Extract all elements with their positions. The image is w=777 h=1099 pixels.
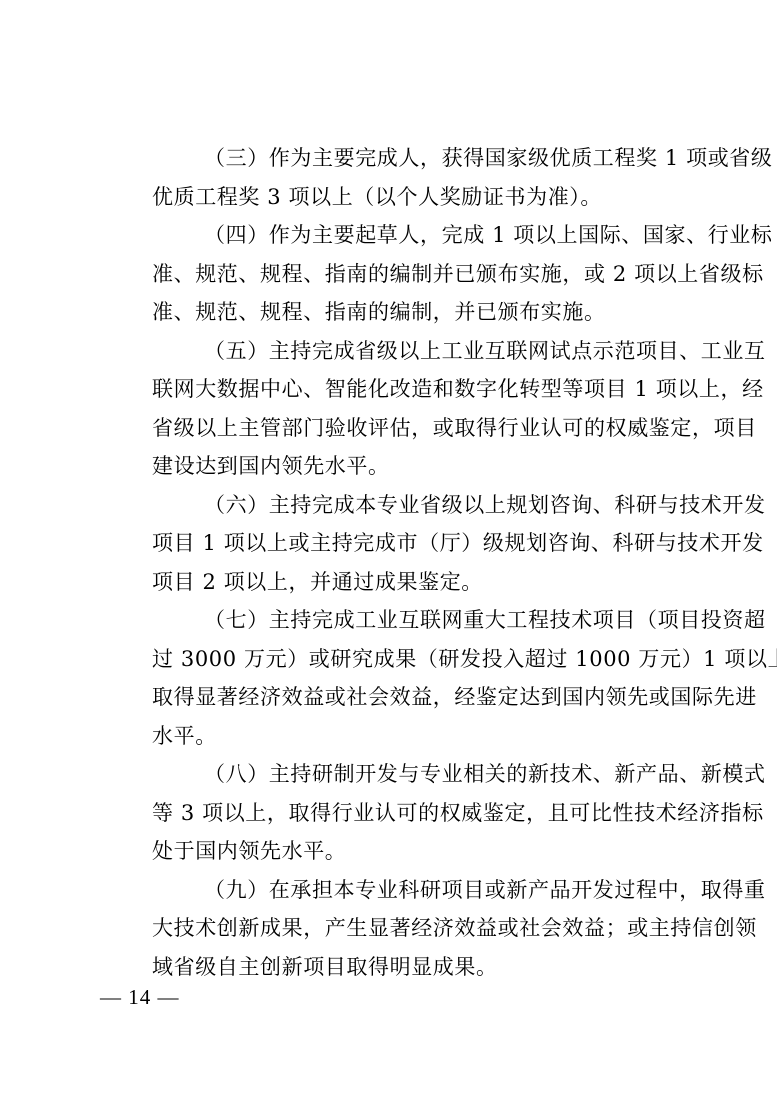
text-line: （八）主持研制开发与专业相关的新技术、新产品、新模式 (100, 755, 678, 794)
paragraph-item-4: （四）作为主要起草人，完成 1 项以上国际、国家、行业标 准、规范、规程、指南的… (100, 216, 678, 332)
text-line: 大技术创新成果，产生显著经济效益或社会效益；或主持信创领 (100, 909, 678, 948)
text-line: 准、规范、规程、指南的编制并已颁布实施，或 2 项以上省级标 (100, 255, 678, 294)
text-line: （九）在承担本专业科研项目或新产品开发过程中，取得重 (100, 871, 678, 910)
text-line: 处于国内领先水平。 (100, 832, 678, 871)
text-line: （七）主持完成工业互联网重大工程技术项目（项目投资超 (100, 601, 678, 640)
text-line: 域省级自主创新项目取得明显成果。 (100, 948, 678, 987)
text-line: 过 3000 万元）或研究成果（研发投入超过 1000 万元）1 项以上， (100, 640, 678, 679)
text-line: 建设达到国内领先水平。 (100, 447, 678, 486)
text-line: （五）主持完成省级以上工业互联网试点示范项目、工业互 (100, 332, 678, 371)
page-number: — 14 — (100, 983, 180, 1011)
document-body: （三）作为主要完成人，获得国家级优质工程奖 1 项或省级 优质工程奖 3 项以上… (100, 139, 678, 986)
text-line: （三）作为主要完成人，获得国家级优质工程奖 1 项或省级 (100, 139, 678, 178)
paragraph-item-3: （三）作为主要完成人，获得国家级优质工程奖 1 项或省级 优质工程奖 3 项以上… (100, 139, 678, 216)
paragraph-item-6: （六）主持完成本专业省级以上规划咨询、科研与技术开发 项目 1 项以上或主持完成… (100, 486, 678, 602)
paragraph-item-7: （七）主持完成工业互联网重大工程技术项目（项目投资超 过 3000 万元）或研究… (100, 601, 678, 755)
text-line: 取得显著经济效益或社会效益，经鉴定达到国内领先或国际先进 (100, 678, 678, 717)
text-line: 项目 2 项以上，并通过成果鉴定。 (100, 563, 678, 602)
text-line: 等 3 项以上，取得行业认可的权威鉴定，且可比性技术经济指标 (100, 794, 678, 833)
paragraph-item-8: （八）主持研制开发与专业相关的新技术、新产品、新模式 等 3 项以上，取得行业认… (100, 755, 678, 871)
text-line: 省级以上主管部门验收评估，或取得行业认可的权威鉴定，项目 (100, 409, 678, 448)
paragraph-item-9: （九）在承担本专业科研项目或新产品开发过程中，取得重 大技术创新成果，产生显著经… (100, 871, 678, 987)
text-line: 准、规范、规程、指南的编制，并已颁布实施。 (100, 293, 678, 332)
text-line: 项目 1 项以上或主持完成市（厅）级规划咨询、科研与技术开发 (100, 524, 678, 563)
text-line: （六）主持完成本专业省级以上规划咨询、科研与技术开发 (100, 486, 678, 525)
text-line: （四）作为主要起草人，完成 1 项以上国际、国家、行业标 (100, 216, 678, 255)
text-line: 优质工程奖 3 项以上（以个人奖励证书为准）。 (100, 178, 678, 217)
paragraph-item-5: （五）主持完成省级以上工业互联网试点示范项目、工业互 联网大数据中心、智能化改造… (100, 332, 678, 486)
text-line: 联网大数据中心、智能化改造和数字化转型等项目 1 项以上，经 (100, 370, 678, 409)
text-line: 水平。 (100, 717, 678, 756)
